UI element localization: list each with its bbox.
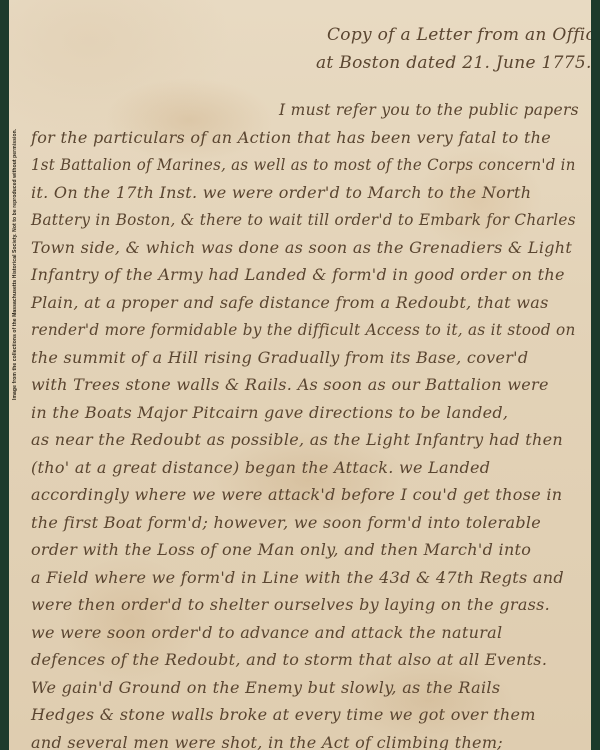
letter-line: it. On the 17th Inst. we were order'd to…: [31, 183, 531, 202]
letter-line: Hedges & stone walls broke at every time…: [31, 705, 536, 724]
manuscript-page: Image from the collections of the Massac…: [9, 0, 591, 750]
copyright-note: Image from the collections of the Massac…: [12, 10, 24, 400]
letter-line: and several men were shot, in the Act of…: [31, 733, 503, 750]
letter-line: defences of the Redoubt, and to storm th…: [31, 650, 547, 669]
letter-line: order with the Loss of one Man only, and…: [31, 540, 531, 559]
letter-line: Battery in Boston, & there to wait till …: [31, 210, 576, 229]
letter-line: (tho' at a great distance) began the Att…: [31, 458, 490, 477]
letter-line: render'd more formidable by the difficul…: [31, 320, 576, 339]
letter-line: 1st Battalion of Marines, as well as to …: [31, 155, 576, 174]
right-border: [591, 0, 600, 750]
letter-line: for the particulars of an Action that ha…: [31, 128, 551, 147]
letter-line: we were soon order'd to advance and atta…: [31, 623, 502, 642]
letter-line: the first Boat form'd; however, we soon …: [31, 513, 541, 532]
letter-line: accordingly where we were attack'd befor…: [31, 485, 562, 504]
letter-line: Plain, at a proper and safe distance fro…: [31, 293, 549, 312]
heading-line-1: Copy of a Letter from an Officer: [327, 25, 600, 45]
left-border: [0, 0, 9, 750]
letter-line: were then order'd to shelter ourselves b…: [31, 595, 550, 614]
letter-line: in the Boats Major Pitcairn gave directi…: [31, 403, 508, 422]
letter-line: a Field where we form'd in Line with the…: [31, 568, 564, 587]
letter-line: Town side, & which was done as soon as t…: [31, 238, 572, 257]
letter-line: I must refer you to the public papers: [279, 100, 579, 119]
letter-line: the summit of a Hill rising Gradually fr…: [31, 348, 528, 367]
heading-line-2: at Boston dated 21. June 1775.: [316, 53, 592, 73]
letter-line: We gain'd Ground on the Enemy but slowly…: [31, 678, 500, 697]
letter-line: Infantry of the Army had Landed & form'd…: [31, 265, 565, 284]
letter-line: as near the Redoubt as possible, as the …: [31, 430, 563, 449]
letter-line: with Trees stone walls & Rails. As soon …: [31, 375, 549, 394]
